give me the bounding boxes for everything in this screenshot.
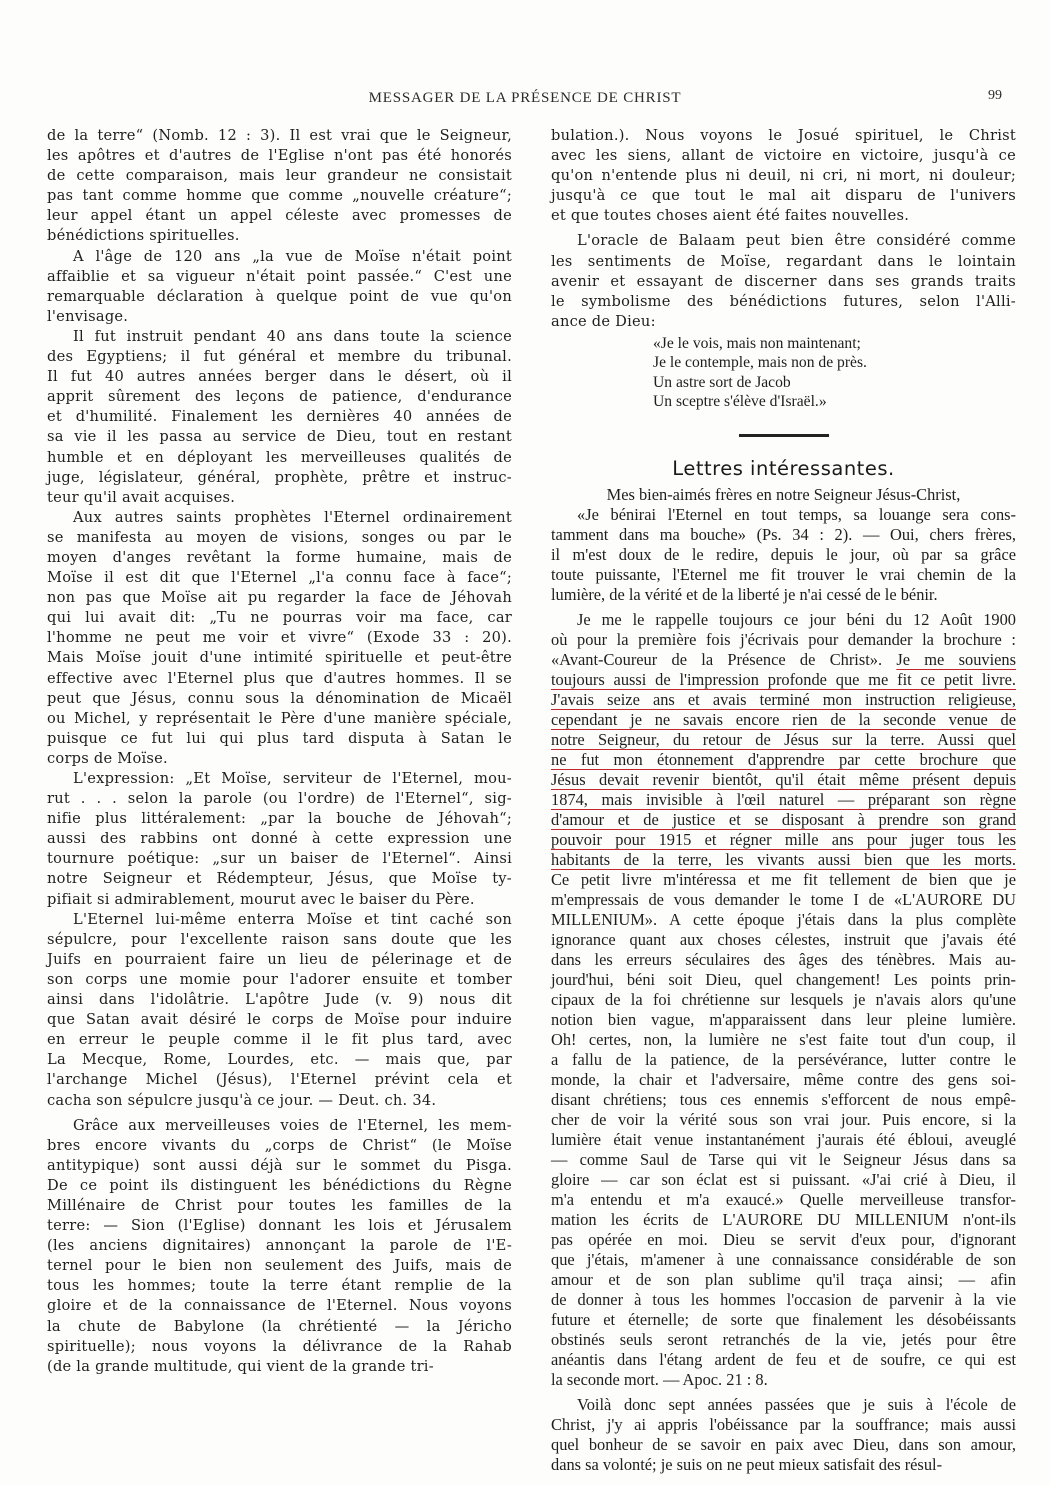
section-title: Lettres intéressantes. (551, 459, 1016, 479)
text-line: lumière était venue instantanément j'aur… (551, 1130, 1016, 1150)
text-line: terre: — Sion (l'Eglise) donnant les loi… (47, 1216, 512, 1236)
text-line: les sentiments de Moïse, regardant dans … (551, 252, 1016, 272)
letter-salutation: Mes bien-aimés frères en notre Seigneur … (551, 485, 1016, 505)
text-line: cependant je ne savais encore rien de la… (551, 710, 1016, 730)
text-line: (les anciens dignitaires) annonçant la p… (47, 1236, 512, 1256)
poem-line: Je le contemple, mais non de près. (653, 353, 1016, 373)
text-line: de la terre“ (Nomb. 12 : 3). Il est vrai… (47, 126, 512, 146)
text-line: cacha son sépulcre jusqu'à ce jour. — De… (47, 1091, 512, 1111)
text-line: tous les hommes; toute la terre étant re… (47, 1276, 512, 1296)
text-line: pas opérée en moi. Dieu se servit d'eux … (551, 1230, 1016, 1250)
text-line: l'archange Michel (Jésus), l'Eternel pré… (47, 1070, 512, 1090)
text-line: obstinés seuls seront retranchés de la v… (551, 1330, 1016, 1350)
text-line: L'Eternel lui-même enterra Moïse et tint… (47, 910, 512, 930)
poem-line: Un astre sort de Jacob (653, 373, 1016, 393)
text-line: tamment dans ma bouche» (Ps. 34 : 2). — … (551, 525, 1016, 545)
text-line: bres encore vivants du „corps de Christ“… (47, 1136, 512, 1156)
paragraph: Il fut instruit pendant 40 ans dans tout… (47, 327, 512, 508)
text-line: notre Seigneur et Rédempteur, Jésus, que… (47, 869, 512, 889)
text-line: de cette comparaison, mais leur grandeur… (47, 166, 512, 186)
text-line: Ce petit livre m'intéressa et me fit tel… (551, 870, 1016, 890)
text-line: affaiblie et sa vigueur n'était point pa… (47, 267, 512, 287)
text-line: avenir et essayant de discerner dans ses… (551, 272, 1016, 292)
text-line: sa vie il les passa au service de Dieu, … (47, 427, 512, 447)
text-line: spirituelle); nous voyons la délivrance … (47, 1337, 512, 1357)
text-line: d'amour et de justice et se disposant à … (551, 810, 1016, 830)
running-title: MESSAGER DE LA PRÉSENCE DE CHRIST (0, 90, 1050, 107)
text-line: apprit sûrement des leçons de patience, … (47, 387, 512, 407)
text-line: sépulcre, pour l'excellente raison sans … (47, 930, 512, 950)
text-line: leur appel étant un appel céleste avec p… (47, 206, 512, 226)
text-line: de donner à tous les hommes l'occasion d… (551, 1290, 1016, 1310)
paragraph: Voilà donc sept années passées que je su… (551, 1395, 1016, 1475)
text-line: que j'étais, m'amener à une connaissance… (551, 1250, 1016, 1270)
text-line: amour et de son plan sublime qu'il traça… (551, 1270, 1016, 1290)
letter-body: «Je bénirai l'Eternel en tout temps, sa … (551, 505, 1016, 1475)
poem-line: «Je le vois, mais non maintenant; (653, 334, 1016, 354)
text-line: Oh! certes, non, la lumière ne s'est fai… (551, 1030, 1016, 1050)
text-line: anéantis dans l'étang ardent de feu et d… (551, 1350, 1016, 1370)
right-column: bulation.). Nous voyons le Josué spiritu… (551, 126, 1016, 1475)
text-line: il m'est doux de le redire, depuis le jo… (551, 545, 1016, 565)
text-line: bulation.). Nous voyons le Josué spiritu… (551, 126, 1016, 146)
text-line: Grâce aux merveilleuses voies de l'Etern… (47, 1116, 512, 1136)
underlined-passage: Je me souviens (896, 650, 1016, 669)
paragraph: L'oracle de Balaam peut bien être consid… (551, 231, 1016, 331)
text-line: puisque ce fut lui qui plus tard disputa… (47, 729, 512, 749)
text-line: peut que Jésus, connu sous la dénominati… (47, 689, 512, 709)
text-line: qui lui avait dit: „Tu ne pourras voir m… (47, 608, 512, 628)
text-line: ou Michel, y représentait le Père d'une … (47, 709, 512, 729)
text-line: ternel pour le bien non seulement des Ju… (47, 1256, 512, 1276)
text-line: gloire — car son éclat est si puissant. … (551, 1170, 1016, 1190)
text-line: dans les erreurs séculaires des âges des… (551, 950, 1016, 970)
text-line: L'oracle de Balaam peut bien être consid… (551, 231, 1016, 251)
text-line: «Avant-Coureur de la Présence de Christ»… (551, 650, 1016, 670)
text-line: ance de Dieu: (551, 312, 1016, 332)
text-line: toute puissante, l'Eternel me fit trouve… (551, 565, 1016, 585)
paragraph: de la terre“ (Nomb. 12 : 3). Il est vrai… (47, 126, 512, 247)
text-line: corps de Moïse. (47, 749, 512, 769)
text-line: jourd'hui, béni soit Dieu, quel changeme… (551, 970, 1016, 990)
paragraph: «Je bénirai l'Eternel en tout temps, sa … (551, 505, 1016, 605)
text-line: a fallu de la patience, de la persévéran… (551, 1050, 1016, 1070)
text-line: moyen d'anges revêtant la forme humaine,… (47, 548, 512, 568)
text-line: l'envisage. (47, 307, 512, 327)
text-line: qu'on n'entende plus ni deuil, ni cri, n… (551, 166, 1016, 186)
paragraph: Je me le rappelle toujours ce jour béni … (551, 610, 1016, 1390)
text-line: ignorance quant aux choses célestes, ins… (551, 930, 1016, 950)
text-line: effective avec l'Eternel plus que d'autr… (47, 669, 512, 689)
text-line: «Je bénirai l'Eternel en tout temps, sa … (551, 505, 1016, 525)
text-line: remarquable déclaration à quelque point … (47, 287, 512, 307)
text-line: se manifesta au moyen de visions, songes… (47, 528, 512, 548)
text-line: Mais Moïse jouit d'une intimité spiritue… (47, 648, 512, 668)
text-line: pifiait si admirablement, mourut avec le… (47, 890, 512, 910)
text-line: que Satan avait désiré le corps de Moïse… (47, 1010, 512, 1030)
text-line: lumière, de la vérité et de la liberté j… (551, 585, 1016, 605)
text-line: rut . . . selon la parole (ou l'ordre) d… (47, 789, 512, 809)
text-line: cipaux de la foi chrétienne sur lesquels… (551, 990, 1016, 1010)
text-line: notre Seigneur, du retour de Jésus sur l… (551, 730, 1016, 750)
text-line: cher de voir la vérité sous son vrai jou… (551, 1110, 1016, 1130)
paragraph: Grâce aux merveilleuses voies de l'Etern… (47, 1116, 512, 1377)
text-line: m'a entendu et m'a exaucé.» Quelle merve… (551, 1190, 1016, 1210)
text-line: Jésus devait revenir bientôt, qu'il étai… (551, 770, 1016, 790)
underlined-passage: 1874, mais invisible à l'œil naturel — p… (551, 790, 1016, 809)
text-line: les apôtres et d'autres de l'Eglise n'on… (47, 146, 512, 166)
text-line: disant chrétiens; tous ces ennemis s'eff… (551, 1090, 1016, 1110)
underlined-passage: notre Seigneur, du retour de Jésus sur l… (551, 730, 1016, 749)
text-line: gloire et de la connaissance de l'Eterne… (47, 1296, 512, 1316)
text-line: la chute de Babylone (la chrétienté — la… (47, 1317, 512, 1337)
text-line: son corps une momie pour l'adorer ensuit… (47, 970, 512, 990)
text-line: aussi des rabbins ont donné à cette expr… (47, 829, 512, 849)
text-line: pas tant comme homme que comme „nouvelle… (47, 186, 512, 206)
underlined-passage: habitants de la terre, les vivants aussi… (551, 850, 1016, 869)
text-line: quel bonheur de se savoir en paix avec D… (551, 1435, 1016, 1455)
text-line: MILLENIUM». A cette époque j'étais dans … (551, 910, 1016, 930)
underlined-passage: toujours aussi de l'impression profonde … (551, 670, 1016, 689)
oracle-text: bulation.). Nous voyons le Josué spiritu… (551, 126, 1016, 332)
underlined-passage: J'avais seize ans et avais terminé mon i… (551, 690, 1016, 709)
text-line: Voilà donc sept années passées que je su… (551, 1395, 1016, 1415)
text-line: l'homme ne peut me voir et vivre“ (Exode… (47, 628, 512, 648)
text-line: jusqu'à ce que tout le mal ait disparu d… (551, 186, 1016, 206)
text-line: pouvoir pour 1915 et régner mille ans po… (551, 830, 1016, 850)
text-line: et d'humilité. Finalement les dernières … (47, 407, 512, 427)
text-line: des Egyptiens; il fut général et membre … (47, 347, 512, 367)
text-line: habitants de la terre, les vivants aussi… (551, 850, 1016, 870)
text-line: et que toutes choses aient été faites no… (551, 206, 1016, 226)
paragraph: bulation.). Nous voyons le Josué spiritu… (551, 126, 1016, 226)
text-line: antitypique) sont aussi déjà sur le somm… (47, 1156, 512, 1176)
underlined-passage: cependant je ne savais encore rien de la… (551, 710, 1016, 729)
text-line: toujours aussi de l'impression profonde … (551, 670, 1016, 690)
text-line: humble et en déployant les merveilleuses… (47, 448, 512, 468)
paragraph: A l'âge de 120 ans „la vue de Moïse n'ét… (47, 247, 512, 327)
text-line: Juifs en pourraient faire un lieu de pél… (47, 950, 512, 970)
text-line: avec les siens, allant de victoire en vi… (551, 146, 1016, 166)
text-line: bénédictions spirituelles. (47, 226, 512, 246)
text-line: dans sa volonté; je suis on ne peut mieu… (551, 1455, 1016, 1475)
text-line: (de la grande multitude, qui vient de la… (47, 1357, 512, 1377)
text-line: non pas que Moïse ait pu regarder la fac… (47, 588, 512, 608)
text-line: la seconde mort. — Apoc. 21 : 8. (551, 1370, 1016, 1390)
underlined-passage: ne fut mon étonnement d'apprendre par ce… (551, 750, 1016, 769)
text-line: ne fut mon étonnement d'apprendre par ce… (551, 750, 1016, 770)
text-line: Moïse il est dit que l'Eternel „l'a conn… (47, 568, 512, 588)
text-line: — comme Saul de Tarse qui vit le Seigneu… (551, 1150, 1016, 1170)
text-line: monde, la chair et l'adversaire, même co… (551, 1070, 1016, 1090)
text-line: Aux autres saints prophètes l'Eternel or… (47, 508, 512, 528)
page-header: MESSAGER DE LA PRÉSENCE DE CHRIST 99 (0, 88, 1050, 112)
balaam-poem: «Je le vois, mais non maintenant;Je le c… (653, 334, 1016, 412)
text-line: m'empressais de vous demander le tome I … (551, 890, 1016, 910)
text-line: J'avais seize ans et avais terminé mon i… (551, 690, 1016, 710)
text-line: Je me le rappelle toujours ce jour béni … (551, 610, 1016, 630)
text-line: teur qu'il avait acquises. (47, 488, 512, 508)
text-line: Il fut 40 autres années berger dans le d… (47, 367, 512, 387)
paragraph: Aux autres saints prophètes l'Eternel or… (47, 508, 512, 769)
text-line: Christ, j'y ai appris l'obéissance par l… (551, 1415, 1016, 1435)
text-line: Millénaire de Christ pour toutes les fam… (47, 1196, 512, 1216)
underlined-passage: pouvoir pour 1915 et régner mille ans po… (551, 830, 1016, 849)
text-line: notion bien vague, m'apparaissent dans l… (551, 1010, 1016, 1030)
text-line: 1874, mais invisible à l'œil naturel — p… (551, 790, 1016, 810)
text-line: A l'âge de 120 ans „la vue de Moïse n'ét… (47, 247, 512, 267)
text-line: future et éternelle; de sorte que finale… (551, 1310, 1016, 1330)
paragraph: L'expression: „Et Moïse, serviteur de l'… (47, 769, 512, 910)
page-number: 99 (988, 88, 1002, 104)
text-line: tournure poétique: „sur un baiser de l'E… (47, 849, 512, 869)
underlined-passage: d'amour et de justice et se disposant à … (551, 810, 1016, 829)
text-line: L'expression: „Et Moïse, serviteur de l'… (47, 769, 512, 789)
text-line: juge, législateur, général, prophète, pr… (47, 468, 512, 488)
text-line: Il fut instruit pendant 40 ans dans tout… (47, 327, 512, 347)
text-line: le symbolisme des bénédictions futures, … (551, 292, 1016, 312)
text-line: La Mecque, Rome, Lourdes, etc. — mais qu… (47, 1050, 512, 1070)
text-line: où pour la première fois j'écrivais pour… (551, 630, 1016, 650)
text-line: nifie plus littéralement: „par la bouche… (47, 809, 512, 829)
text-line: De ce point ils distinguent les bénédict… (47, 1176, 512, 1196)
underlined-passage: Jésus devait revenir bientôt, qu'il étai… (551, 770, 1016, 789)
poem-line: Un sceptre s'élève d'Israël.» (653, 392, 1016, 412)
paragraph: L'Eternel lui-même enterra Moïse et tint… (47, 910, 512, 1111)
left-column: de la terre“ (Nomb. 12 : 3). Il est vrai… (47, 126, 512, 1377)
section-divider (739, 434, 829, 437)
text-line: mation les écrits de L'AURORE DU MILLENI… (551, 1210, 1016, 1230)
text-line: en erreur le peuple comme il le fit plus… (47, 1030, 512, 1050)
text-line: ainsi dans l'idolâtrie. L'apôtre Jude (v… (47, 990, 512, 1010)
